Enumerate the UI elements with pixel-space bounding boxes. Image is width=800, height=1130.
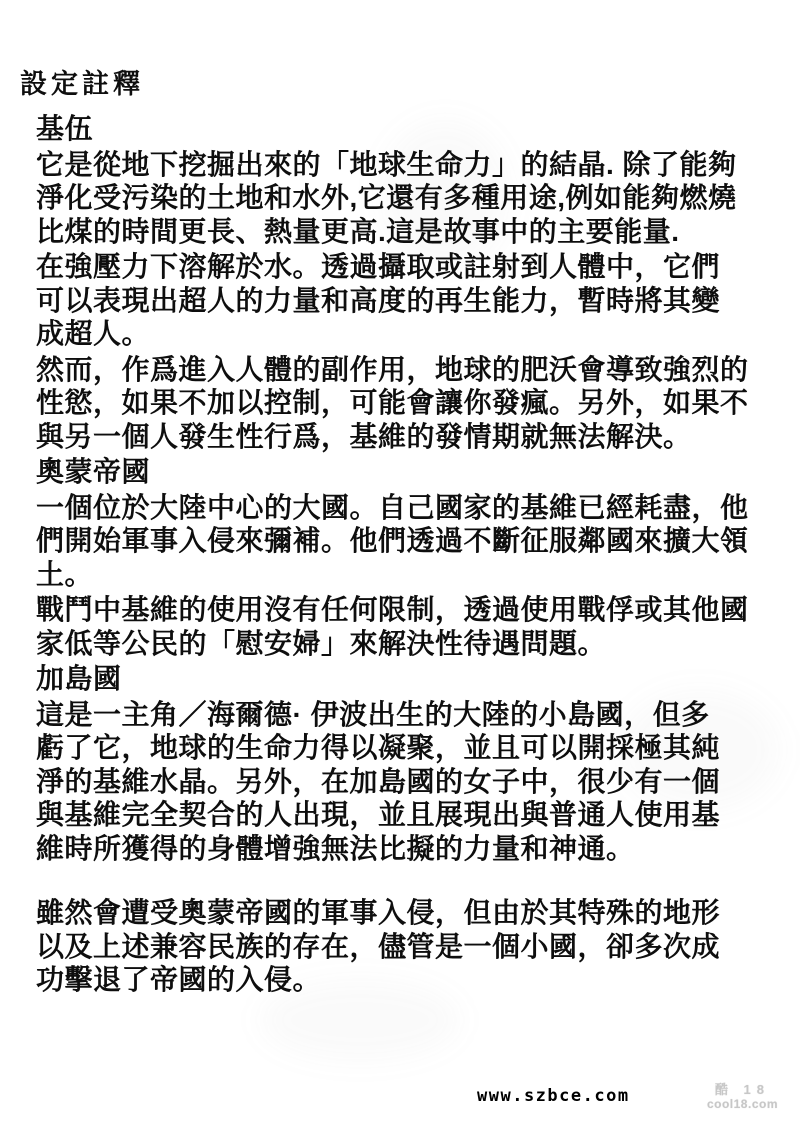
cool18-watermark-url: cool18.com [707,1097,778,1111]
paragraph-island-intro: 這是一主角／海爾德· 伊波出生的大陸的小島國，但多 虧了它，地球的生命力得以凝聚… [36,698,770,866]
paragraph-island-defense: 雖然會遭受奧蒙帝國的軍事入侵，但由於其特殊的地形 以及上述兼容民族的存在，儘管是… [36,896,770,997]
paragraph-kiwu-origin: 它是從地下挖掘出來的「地球生命力」的結晶. 除了能夠 淨化受污染的土地和水外,它… [36,148,770,249]
section-heading-island: 加島國 [36,662,770,696]
szbce-watermark: www.szbce.com [477,1086,630,1106]
scanned-document-page: { "title": "設定註釋", "blocks": [ { "type":… [0,0,800,1130]
paragraph-empire-war: 戰鬥中基維的使用沒有任何限制，透過使用戰俘或其他國 家低等公民的「慰安婦」來解決… [36,593,770,660]
section-heading-empire: 奧蒙帝國 [36,455,770,489]
section-heading-kiwu: 基伍 [36,112,770,146]
paragraph-kiwu-effects: 在強壓力下溶解於水。透過攝取或註射到人體中，它們 可以表現出超人的力量和高度的再… [36,250,770,351]
paragraph-empire-intro: 一個位於大陸中心的大國。自己國家的基維已經耗盡，他 們開始軍事入侵來彌補。他們透… [36,491,770,592]
cool18-watermark: 酷 18 cool18.com [707,1083,778,1111]
page-title: 設定註釋 [20,62,144,101]
cool18-watermark-logo: 酷 18 [707,1083,778,1097]
document-body: 基伍 它是從地下挖掘出來的「地球生命力」的結晶. 除了能夠 淨化受污染的土地和水… [36,112,770,999]
paragraph-kiwu-sideeffect: 然而，作爲進入人體的副作用，地球的肥沃會導致強烈的 性慾，如果不加以控制，可能會… [36,353,770,454]
